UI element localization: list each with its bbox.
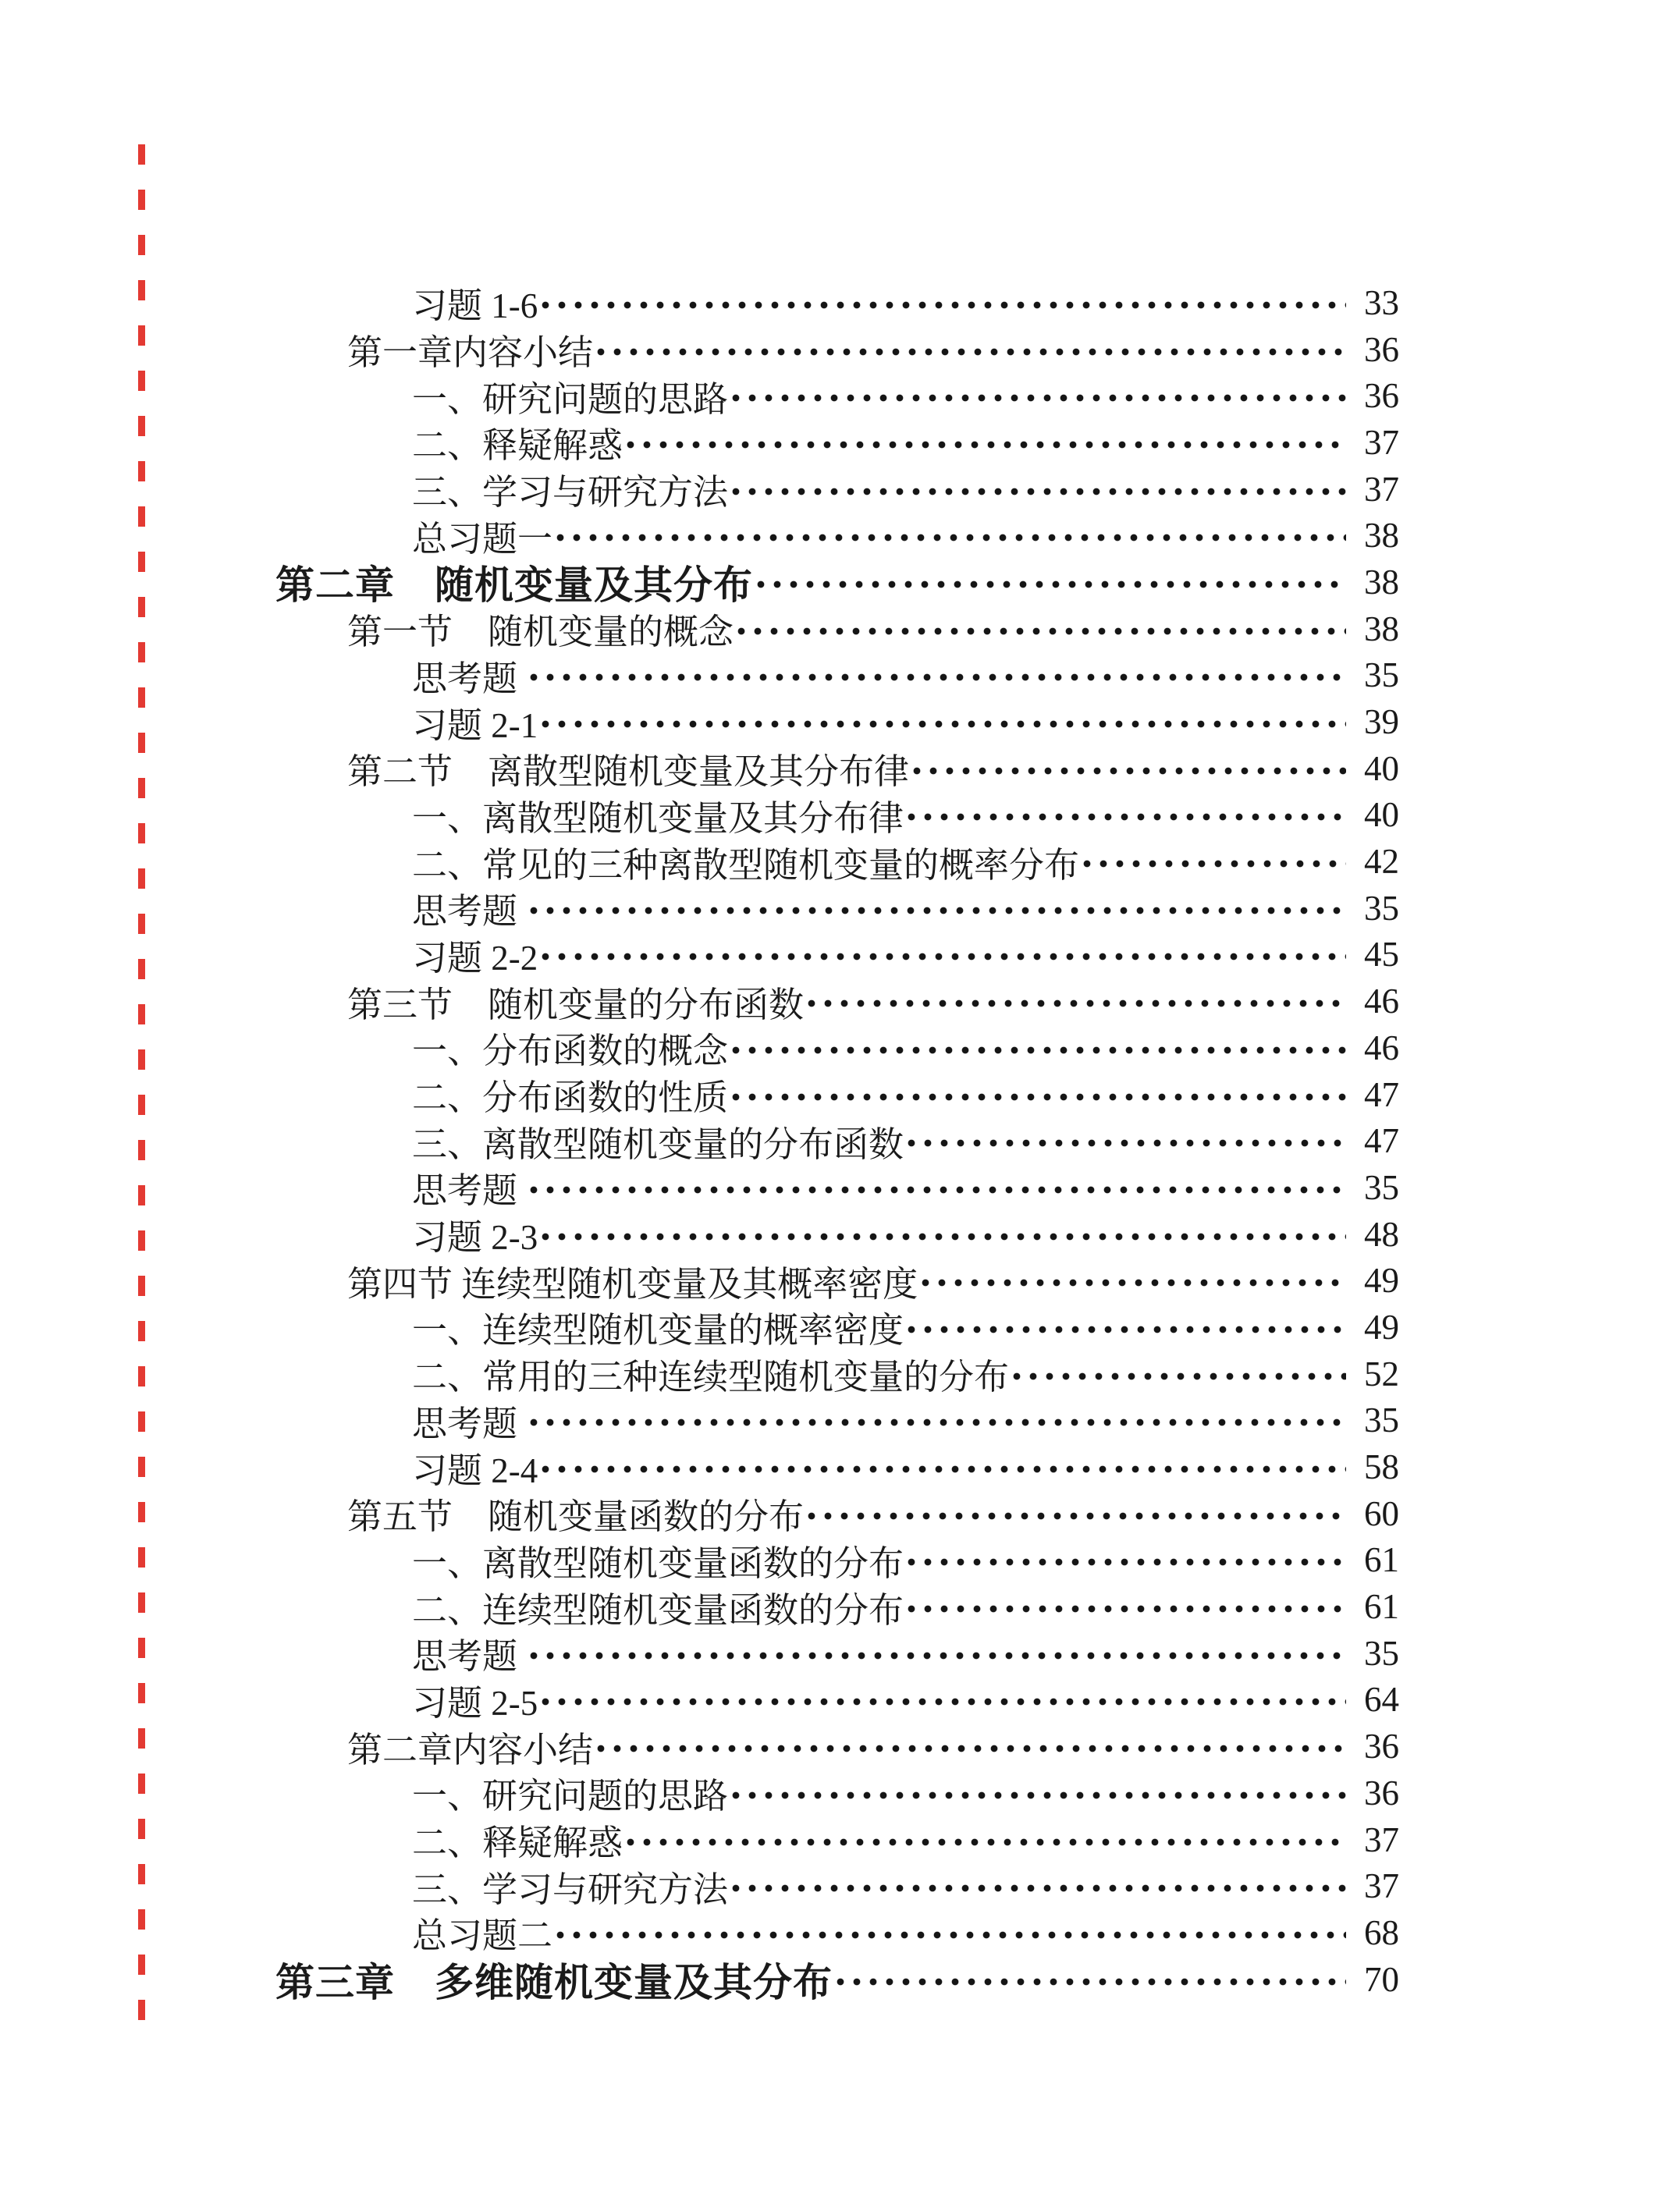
toc-entry: 二、连续型随机变量函数的分布61: [412, 1583, 1399, 1630]
toc-entry-page: 46: [1351, 981, 1399, 1021]
toc-entry-page: 64: [1351, 1679, 1399, 1720]
toc-entry: 二、释疑解惑37: [412, 1816, 1399, 1863]
toc-entry-label[interactable]: 思考题: [412, 1628, 526, 1678]
toc-entry: 习题 2-245: [412, 932, 1399, 978]
toc-entry: 习题 1-633: [412, 279, 1399, 326]
toc-entry-label[interactable]: 二、释疑解惑: [412, 417, 623, 467]
toc-entry-label[interactable]: 一、分布函数的概念: [412, 1022, 728, 1073]
toc-entry: 一、离散型随机变量及其分布律40: [412, 792, 1399, 839]
toc-entry: 二、常见的三种离散型随机变量的概率分布42: [412, 838, 1399, 885]
toc-entry-page: 35: [1351, 1167, 1399, 1208]
dot-leader: [627, 1838, 1346, 1846]
toc-entry: 第五节 随机变量函数的分布60: [347, 1490, 1399, 1537]
toc-entry: 思考题 35: [412, 1164, 1399, 1211]
dot-leader: [542, 1698, 1346, 1706]
toc-entry: 一、离散型随机变量函数的分布61: [412, 1537, 1399, 1584]
toc-entry-label[interactable]: 习题 2-4: [412, 1442, 538, 1493]
toc-entry-page: 48: [1351, 1214, 1399, 1255]
toc-entry-page: 35: [1351, 1633, 1399, 1674]
toc-entry: 总习题一38: [412, 512, 1399, 559]
toc-entry-page: 49: [1351, 1307, 1399, 1347]
dot-leader: [556, 1931, 1346, 1939]
dot-leader: [1083, 860, 1346, 868]
dot-leader: [908, 813, 1346, 821]
toc-entry-label[interactable]: 习题 1-6: [412, 277, 538, 328]
toc-entry-page: 52: [1351, 1354, 1399, 1394]
toc-entry-label[interactable]: 第三章 多维随机变量及其分布: [275, 1951, 833, 2008]
dot-leader: [530, 673, 1346, 681]
toc-entry: 思考题 35: [412, 1397, 1399, 1444]
toc-entry-page: 39: [1351, 701, 1399, 742]
dot-leader: [837, 1978, 1346, 1986]
dot-leader: [530, 907, 1346, 914]
toc-entry-label[interactable]: 二、常用的三种连续型随机变量的分布: [412, 1348, 1009, 1399]
toc-entry-label[interactable]: 思考题: [412, 1395, 526, 1446]
toc-entry: 三、离散型随机变量的分布函数47: [412, 1117, 1399, 1164]
dot-leader: [922, 1279, 1346, 1287]
dot-leader: [737, 627, 1346, 635]
dot-leader: [908, 1558, 1346, 1566]
toc-entry-page: 37: [1351, 1820, 1399, 1860]
toc-entry-label[interactable]: 一、连续型随机变量的概率密度: [412, 1301, 904, 1352]
toc-entry-page: 38: [1351, 562, 1399, 602]
toc-entry: 第二章 随机变量及其分布38: [275, 559, 1399, 605]
toc-entry-label[interactable]: 二、释疑解惑: [412, 1814, 623, 1865]
dot-leader: [732, 488, 1346, 495]
toc-entry-page: 37: [1351, 1866, 1399, 1906]
toc-entry-label[interactable]: 第五节 随机变量函数的分布: [347, 1488, 804, 1539]
toc-entry-page: 45: [1351, 934, 1399, 975]
toc-entry: 习题 2-564: [412, 1677, 1399, 1724]
dot-leader: [732, 1791, 1346, 1799]
toc-entry-page: 36: [1351, 1726, 1399, 1766]
toc-entry-label[interactable]: 第三节 随机变量的分布函数: [347, 976, 804, 1027]
toc-entry-page: 70: [1351, 1959, 1399, 2000]
toc-entry: 总习题二68: [412, 1909, 1399, 1956]
toc-entry: 第三章 多维随机变量及其分布70: [275, 1956, 1399, 2003]
toc-entry-page: 68: [1351, 1912, 1399, 1953]
toc-entry-label[interactable]: 思考题: [412, 650, 526, 701]
toc-entry-label[interactable]: 第一章内容小结: [347, 324, 593, 375]
toc-entry-page: 47: [1351, 1074, 1399, 1115]
toc-entry-page: 36: [1351, 1773, 1399, 1813]
toc-entry: 二、常用的三种连续型随机变量的分布52: [412, 1351, 1399, 1397]
dot-leader: [597, 1745, 1346, 1752]
toc-entry: 第二节 离散型随机变量及其分布律40: [347, 745, 1399, 792]
toc-entry: 习题 2-348: [412, 1211, 1399, 1258]
dot-leader: [542, 1233, 1346, 1241]
toc-entry-page: 42: [1351, 841, 1399, 882]
toc-entry: 一、连续型随机变量的概率密度49: [412, 1304, 1399, 1351]
toc-entry-label[interactable]: 一、研究问题的思路: [412, 371, 728, 421]
toc-entry: 思考题 35: [412, 652, 1399, 699]
dot-leader: [1013, 1372, 1346, 1380]
toc-entry-label[interactable]: 一、研究问题的思路: [412, 1767, 728, 1818]
toc-entry-label[interactable]: 第四节 连续型随机变量及其概率密度: [347, 1255, 918, 1306]
toc-entry-page: 35: [1351, 888, 1399, 928]
toc-entry-page: 37: [1351, 422, 1399, 463]
toc-entry-label[interactable]: 一、离散型随机变量函数的分布: [412, 1535, 904, 1585]
toc-entry-page: 36: [1351, 329, 1399, 370]
toc-entry: 习题 2-458: [412, 1443, 1399, 1490]
toc-entry-label[interactable]: 习题 2-2: [412, 929, 538, 980]
toc-entry-page: 38: [1351, 609, 1399, 649]
dot-leader: [732, 1884, 1346, 1892]
dot-leader: [542, 301, 1346, 309]
dot-leader: [542, 1465, 1346, 1473]
toc-entry: 一、分布函数的概念46: [412, 1024, 1399, 1071]
toc-entry-label[interactable]: 二、分布函数的性质: [412, 1069, 728, 1120]
toc-entry: 习题 2-139: [412, 698, 1399, 745]
dot-leader: [542, 720, 1346, 728]
toc-entry-page: 35: [1351, 1400, 1399, 1440]
toc-entry: 二、释疑解惑37: [412, 419, 1399, 466]
toc-entry-label[interactable]: 思考题: [412, 1162, 526, 1213]
toc-entry-label[interactable]: 习题 2-3: [412, 1209, 538, 1259]
toc-entry-page: 36: [1351, 375, 1399, 416]
dot-leader: [597, 348, 1346, 356]
toc-entry: 三、学习与研究方法37: [412, 466, 1399, 513]
toc-entry: 第一节 随机变量的概念38: [347, 605, 1399, 652]
toc-entry-label[interactable]: 第一节 随机变量的概念: [347, 603, 734, 654]
toc-entry: 思考题 35: [412, 1630, 1399, 1677]
toc-entry-label[interactable]: 习题 2-5: [412, 1674, 538, 1725]
toc-entry: 三、学习与研究方法37: [412, 1862, 1399, 1909]
toc-entry-page: 46: [1351, 1028, 1399, 1068]
toc-entry: 思考题 35: [412, 885, 1399, 932]
toc-entry: 第一章内容小结36: [347, 326, 1399, 373]
dot-leader: [542, 953, 1346, 960]
dot-leader: [732, 394, 1346, 402]
toc-entry-page: 37: [1351, 469, 1399, 510]
dot-leader: [757, 581, 1346, 588]
dot-leader: [908, 1605, 1346, 1613]
toc-entry: 一、研究问题的思路36: [412, 372, 1399, 419]
toc-entry-page: 38: [1351, 515, 1399, 556]
toc-entry-label[interactable]: 一、离散型随机变量及其分布律: [412, 790, 904, 840]
toc-entry-label[interactable]: 第二章 随机变量及其分布: [275, 554, 753, 610]
toc-page: 习题 1-633第一章内容小结36一、研究问题的思路36二、释疑解惑37三、学习…: [0, 0, 1659, 2212]
toc-entry-label[interactable]: 思考题: [412, 882, 526, 933]
toc-entry-page: 61: [1351, 1586, 1399, 1627]
toc-entry-page: 40: [1351, 794, 1399, 835]
toc-entry-label[interactable]: 第二节 离散型随机变量及其分布律: [347, 743, 909, 794]
toc-entry-page: 60: [1351, 1493, 1399, 1534]
dot-leader: [808, 999, 1346, 1007]
dot-leader: [732, 1046, 1346, 1054]
dot-leader: [732, 1093, 1346, 1101]
toc-entry-label[interactable]: 习题 2-1: [412, 697, 538, 747]
toc-entry-label[interactable]: 三、学习与研究方法: [412, 1861, 728, 1912]
toc-entry-label[interactable]: 二、连续型随机变量函数的分布: [412, 1582, 904, 1632]
dot-leader: [908, 1326, 1346, 1333]
dot-leader: [530, 1186, 1346, 1194]
toc-entry: 二、分布函数的性质47: [412, 1071, 1399, 1118]
dot-leader: [808, 1512, 1346, 1520]
toc-entry: 第四节 连续型随机变量及其概率密度49: [347, 1257, 1399, 1304]
table-of-contents: 习题 1-633第一章内容小结36一、研究问题的思路36二、释疑解惑37三、学习…: [0, 279, 1659, 2002]
toc-entry-page: 49: [1351, 1260, 1399, 1301]
toc-entry-page: 47: [1351, 1120, 1399, 1161]
toc-entry: 第二章内容小结36: [347, 1723, 1399, 1770]
toc-entry-page: 61: [1351, 1539, 1399, 1580]
dot-leader: [556, 534, 1346, 541]
toc-entry-label[interactable]: 三、离散型随机变量的分布函数: [412, 1116, 904, 1166]
toc-entry-page: 35: [1351, 655, 1399, 695]
dot-leader: [913, 767, 1346, 775]
dot-leader: [908, 1139, 1346, 1147]
toc-entry: 一、研究问题的思路36: [412, 1770, 1399, 1816]
toc-entry-page: 40: [1351, 748, 1399, 789]
dot-leader: [627, 441, 1346, 449]
toc-entry-label[interactable]: 第二章内容小结: [347, 1721, 593, 1772]
toc-entry-page: 33: [1351, 282, 1399, 323]
toc-entry-label[interactable]: 二、常见的三种离散型随机变量的概率分布: [412, 836, 1079, 887]
dot-leader: [530, 1418, 1346, 1426]
dot-leader: [530, 1652, 1346, 1660]
toc-entry-label[interactable]: 三、学习与研究方法: [412, 463, 728, 514]
toc-entry-page: 58: [1351, 1447, 1399, 1487]
toc-entry: 第三节 随机变量的分布函数46: [347, 978, 1399, 1024]
